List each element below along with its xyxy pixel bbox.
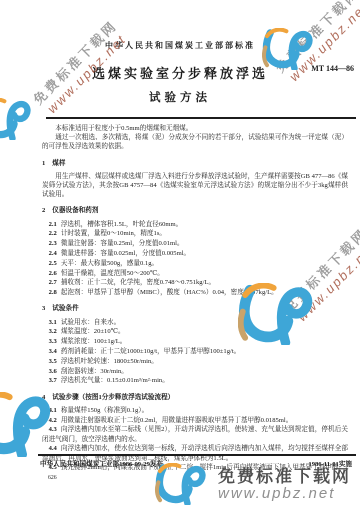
item-text: 药剂消耗量：正十二烷1000±10g/t，甲基异丁基甲醇100±1g/t。 — [61, 348, 240, 355]
footer-issue-info: 中华人民共和国煤炭工业部1986-09-29发布 — [40, 458, 163, 468]
item-text: 试验用水：自来水。 — [61, 319, 120, 326]
standard-org-line: 中华人民共和国煤炭工业部部标准 — [0, 40, 360, 51]
item-text: 微量注射器：容量0.25ml，分度值0.01ml。 — [61, 240, 184, 247]
document-title-line2: 试验方法 — [0, 89, 360, 105]
item-number: 4.4 — [49, 445, 57, 452]
footer-rule — [38, 454, 356, 456]
item-text: 天平：最大称量500g，感量0.1g。 — [61, 260, 158, 267]
item-text: 恒温干燥箱，温度范围50～200℃。 — [61, 270, 164, 277]
item-text: 向浮选槽内加水至第二标线（见图2），开动并调试浮选机，使转速、充气量达到规定值，… — [42, 426, 348, 442]
list-item: 2.3微量注射器：容量0.25ml，分度值0.01ml。 — [42, 239, 348, 248]
section-number: 3 — [42, 305, 45, 312]
list-item: 3.3煤浆浓度：100±1g/L。 — [42, 337, 348, 346]
section-heading: 3试验条件 — [42, 304, 348, 313]
list-item: 2.7捕收剂：正十二烷，化学纯，密度0.748～0.751kg/L。 — [42, 278, 348, 287]
list-item: 3.6刮泡器转速：30r/min。 — [42, 367, 348, 376]
item-number: 4.1 — [49, 407, 57, 414]
section-paragraph: 用生产煤样、煤层煤样或选煤厂浮选入料进行分步释放浮选试验时，生产煤样需要按GB … — [42, 172, 348, 200]
list-item: 3.7浮选机充气量：0.15±0.01m³/m²·min。 — [42, 376, 348, 385]
item-number: 3.3 — [49, 338, 57, 345]
section-heading: 2仪器设备和药剂 — [42, 206, 348, 215]
item-number: 2.5 — [49, 260, 57, 267]
section-title: 试验步骤（按图1分步释放浮选试验流程） — [52, 394, 174, 401]
list-item: 3.4药剂消耗量：正十二烷1000±10g/t，甲基异丁基甲醇100±1g/t。 — [42, 347, 348, 356]
document-page: 中华人民共和国煤炭工业部部标准 选煤实验室分步释放浮选 试验方法 MT 144—… — [0, 0, 360, 507]
list-item: 4.1称量煤样150g（称准到0.1g）。 — [42, 406, 348, 415]
section-number: 1 — [42, 160, 45, 167]
list-item: 4.2用微量注射器吸取正十二烷0.2ml，用微量进样器吸取甲基异丁基甲醇0.01… — [42, 416, 348, 425]
item-number: 4.2 — [49, 417, 57, 424]
item-number: 3.2 — [49, 328, 57, 335]
document-header: 中华人民共和国煤炭工业部部标准 选煤实验室分步释放浮选 试验方法 — [0, 40, 360, 105]
item-text: 用微量注射器吸取正十二烷0.2ml，用微量进样器吸取甲基异丁基甲醇0.0185m… — [61, 417, 293, 424]
intro-paragraph: 通过一次粗选、多次精选，将煤（泥）分成灰分不同的若干部分，试验结果可作为统一评定… — [42, 133, 348, 151]
intro-paragraph: 本标准适用于粒度小于0.5mm的烟煤和无烟煤。 — [42, 124, 348, 133]
document-body: 本标准适用于粒度小于0.5mm的烟煤和无烟煤。 通过一次粗选、多次精选，将煤（泥… — [42, 124, 348, 473]
list-item: 2.8起泡剂：甲基异丁基甲醇（MIBC），酸度（HAC%）0.04，密度0.80… — [42, 288, 348, 297]
list-item: 4.3向浮选槽内加水至第二标线（见图2），开动并调试浮选机，使转速、充气量达到规… — [42, 425, 348, 443]
item-text: 捕收剂：正十二烷，化学纯，密度0.748～0.751kg/L。 — [61, 279, 215, 286]
item-text: 浮选机叶轮转速：1800±50r/min。 — [61, 358, 158, 365]
item-text: 刮泡器转速：30r/min。 — [61, 368, 128, 375]
footer-implement-info: 1986-11-01实施 — [308, 458, 352, 468]
item-number: 2.8 — [49, 289, 57, 296]
section-title: 试验条件 — [52, 305, 78, 312]
item-text: 浮选机充气量：0.15±0.01m³/m²·min。 — [61, 377, 169, 384]
list-item: 3.5浮选机叶轮转速：1800±50r/min。 — [42, 357, 348, 366]
item-number: 3.6 — [49, 368, 57, 375]
item-text: 煤浆温度：20±10℃。 — [61, 328, 125, 335]
item-text: 煤浆浓度：100±1g/L。 — [61, 338, 127, 345]
item-number: 3.7 — [49, 377, 57, 384]
list-item: 3.2煤浆温度：20±10℃。 — [42, 327, 348, 336]
section-heading: 1煤样 — [42, 159, 348, 168]
item-number: 2.7 — [49, 279, 57, 286]
item-number: 2.2 — [49, 230, 57, 237]
item-number: 3.4 — [49, 348, 57, 355]
header-rule — [46, 117, 356, 119]
list-item: 3.1试验用水：自来水。 — [42, 318, 348, 327]
item-text: 微量进样器：容量0.025ml，分度值0.005ml。 — [61, 250, 190, 257]
list-item: 2.6恒温干燥箱，温度范围50～200℃。 — [42, 269, 348, 278]
section-title: 仪器设备和药剂 — [52, 207, 98, 214]
list-item: 2.5天平：最大称量500g，感量0.1g。 — [42, 259, 348, 268]
item-text: 计时装置，量程0～10min，精度1s。 — [61, 230, 166, 237]
page-number: 626 — [48, 475, 57, 481]
list-item: 2.1浮选机，槽体容积1.5L，叶轮直径60mm。 — [42, 220, 348, 229]
item-number: 2.1 — [49, 221, 57, 228]
list-item: 2.2计时装置，量程0～10min，精度1s。 — [42, 229, 348, 238]
item-number: 2.3 — [49, 240, 57, 247]
item-number: 3.1 — [49, 319, 57, 326]
item-number: 4.3 — [49, 426, 57, 433]
item-number: 3.5 — [49, 358, 57, 365]
item-number: 2.4 — [49, 250, 57, 257]
section-number: 4 — [42, 394, 45, 401]
item-number: 2.6 — [49, 270, 57, 277]
item-text: 称量煤样150g（称准到0.1g）。 — [61, 407, 148, 414]
item-text: 浮选机，槽体容积1.5L，叶轮直径60mm。 — [61, 221, 182, 228]
item-text: 起泡剂：甲基异丁基甲醇（MIBC），酸度（HAC%）0.04，密度0.807kg… — [61, 289, 278, 296]
section-heading: 4试验步骤（按图1分步释放浮选试验流程） — [42, 393, 348, 402]
section-number: 2 — [42, 207, 45, 214]
watermark-site-url: www.upbz.net — [218, 486, 351, 502]
document-title-line1: 选煤实验室分步释放浮选 — [0, 63, 360, 82]
section-title: 煤样 — [52, 160, 65, 167]
list-item: 2.4微量进样器：容量0.025ml，分度值0.005ml。 — [42, 249, 348, 258]
standard-number: MT 144—86 — [311, 64, 354, 73]
